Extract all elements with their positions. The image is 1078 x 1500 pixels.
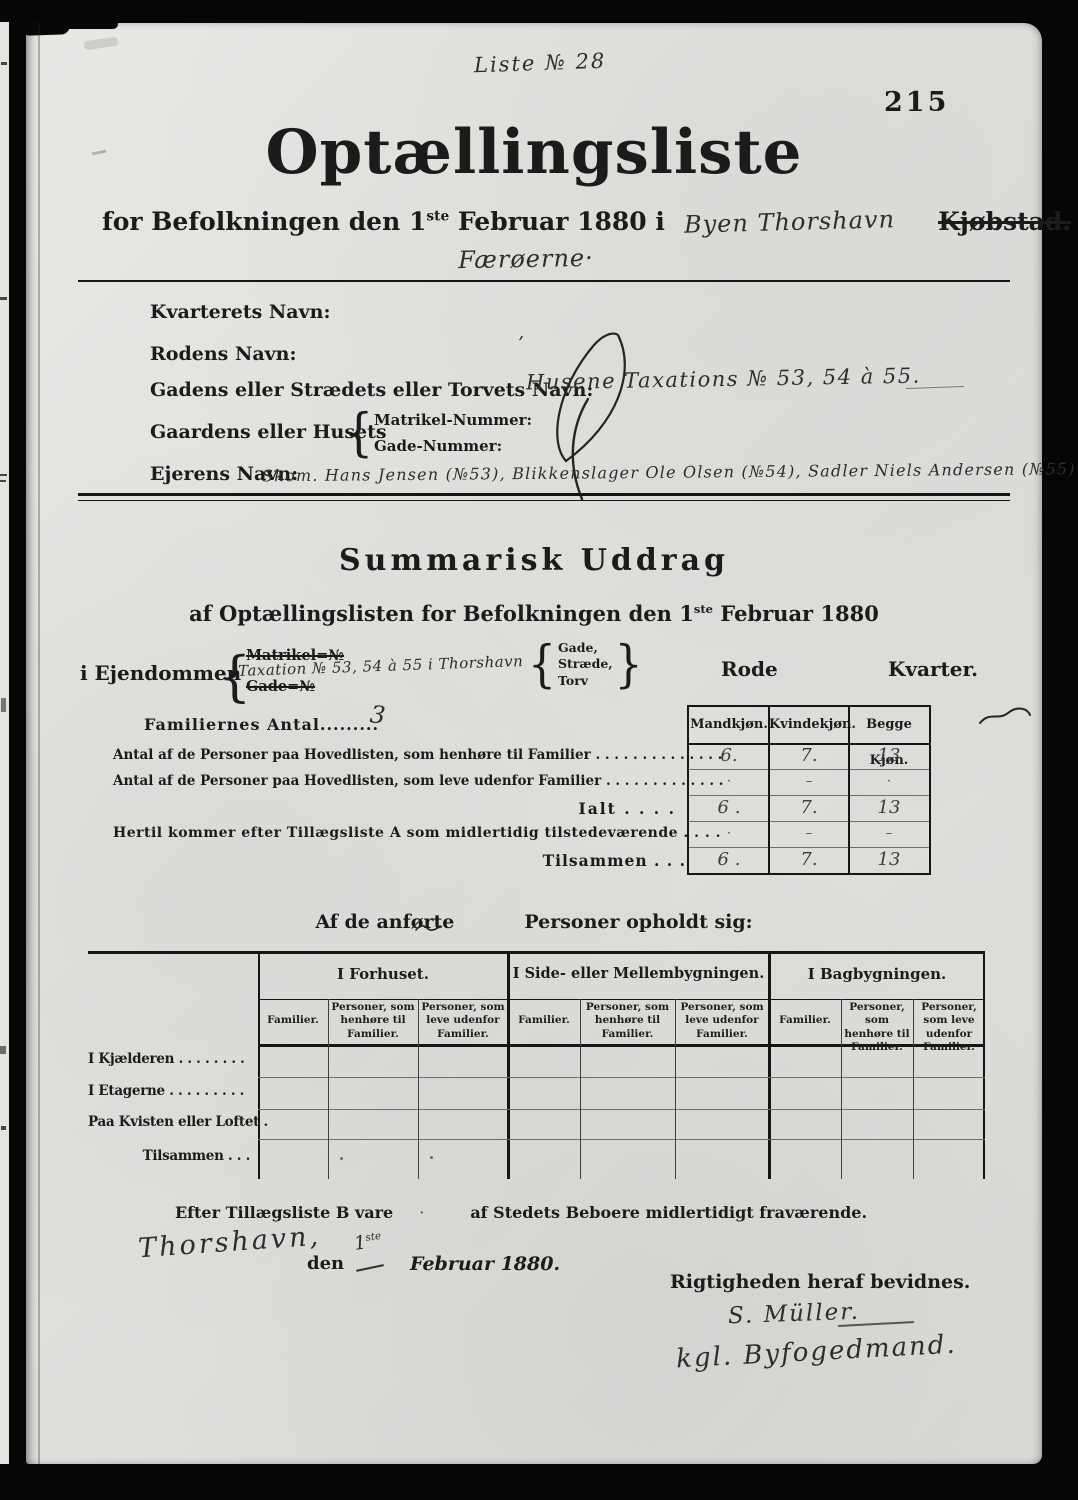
summary-col-kvindekjon: Kvindekjøn. <box>769 707 849 743</box>
col-henhore: Personer, som henhøre til Familier. <box>841 1001 913 1055</box>
subtitle-pre: for Befolkningen den 1 <box>102 207 426 236</box>
brace-line-gade: Gade, <box>558 640 613 656</box>
caption-post: Personer opholdt sig: <box>524 911 752 933</box>
summary-title: Summarisk Uddrag <box>26 543 1042 578</box>
edge-mark <box>1 698 6 712</box>
field-label-rodens: Rodens Navn: <box>150 343 297 365</box>
handwritten-families-count: 3 <box>369 700 387 729</box>
field-label-kvarterets: Kvarterets Navn: <box>150 301 330 323</box>
row-tilsammen: Tilsammen . . . <box>88 1148 250 1164</box>
den-label: den <box>307 1253 344 1274</box>
ink-flourish <box>564 395 594 505</box>
summary-value: · <box>689 769 769 795</box>
page-number: 215 <box>884 87 949 118</box>
handwritten-owners: Skom. Hans Jensen (№53), Blikkenslager O… <box>262 460 1022 486</box>
edge-mark <box>0 1046 6 1054</box>
gade-straede-torv-brace: { Gade, Stræde, Torv } <box>528 639 643 690</box>
table-line <box>88 951 985 954</box>
signature-2: kgl. Byfogedmand. <box>675 1330 957 1375</box>
table-line <box>768 951 771 1179</box>
summary-value: 13 <box>849 743 929 769</box>
ink-squiggle <box>414 921 444 933</box>
ink-smudge <box>84 37 119 51</box>
ink-dot <box>430 1156 433 1159</box>
label-tillaegsliste-a: Hertil kommer efter Tillægsliste A som m… <box>113 825 721 841</box>
table-line <box>258 1109 985 1110</box>
location-caption: Af de anførte Personer opholdt sig: <box>26 911 1042 933</box>
scan-shadow-blob <box>56 19 118 29</box>
summary-value: 7. <box>769 795 849 821</box>
brace-left: { <box>344 402 373 462</box>
table-line <box>983 951 985 1179</box>
summary-value: · <box>849 769 929 795</box>
row-kvisten: Paa Kvisten eller Loftet . <box>88 1114 256 1130</box>
date-rest: Februar 1880. <box>410 1253 560 1275</box>
label-ialt: Ialt . . . . <box>496 799 676 818</box>
handwritten-date: 1ste <box>353 1229 384 1255</box>
rode-label: Rode <box>721 657 778 681</box>
struck-kjobstad: Kjøbstad. <box>938 207 1071 236</box>
col-udenfor: Personer, som leve udenfor Familier. <box>418 1001 508 1041</box>
summary-value: 7. <box>769 743 849 769</box>
group-bagbygning: I Bagbygningen. <box>769 965 985 983</box>
brace-right: } <box>615 635 643 694</box>
brace-line-torv: Torv <box>558 673 613 689</box>
previous-page-edge <box>0 22 9 1464</box>
col-familier: Familier. <box>769 1014 841 1027</box>
summary-col-beggekjon: Begge Kjøn. <box>849 707 929 743</box>
summary-value: – <box>769 821 849 847</box>
families-count-label: Familiernes Antal......... <box>144 715 379 734</box>
handwritten-city: Byen Thorshavn <box>684 205 896 239</box>
location-table: I Forhuset. I Side- eller Mellembygninge… <box>88 951 985 1179</box>
group-mellembygning: I Side- eller Mellembygningen. <box>508 965 769 982</box>
summary-table: Mandkjøn. Kvindekjøn. Begge Kjøn. 6. 7. … <box>687 705 931 875</box>
rule <box>78 500 1010 501</box>
table-line <box>258 1077 985 1078</box>
col-familier: Familier. <box>258 1014 328 1027</box>
edge-mark <box>0 474 7 476</box>
tillaeg-b-post: af Stedets Beboere midlertidigt fraværen… <box>470 1203 867 1222</box>
handwritten-island: Færøerne· <box>406 243 646 275</box>
ink-dash <box>356 1264 384 1272</box>
tillaeg-b-pre: Efter Tillægsliste B vare <box>175 1203 393 1222</box>
row-etagerne: I Etagerne . . . . . . . . . <box>88 1083 256 1099</box>
summary-value: – <box>849 821 929 847</box>
subtitle-text: for Befolkningen den 1ste Februar 1880 i <box>102 207 665 236</box>
subtitle-row: for Befolkningen den 1ste Februar 1880 i… <box>102 207 1071 236</box>
summary-value: 13 <box>849 795 929 821</box>
edge-mark <box>1 62 7 65</box>
summary-subtitle-superscript: ste <box>694 602 713 616</box>
subtitle-superscript: ste <box>426 209 449 225</box>
handwritten-place: Thorshavn, <box>137 1221 322 1265</box>
handwritten-absent-count: · <box>419 1203 424 1222</box>
tillaegsliste-b-line: Efter Tillægsliste B vare · af Stedets B… <box>26 1203 1016 1222</box>
label-persons-outside-families: Antal af de Personer paa Hovedlisten, so… <box>113 773 723 789</box>
scanned-census-form: Liste № 28 215 Optællingsliste for Befol… <box>0 0 1078 1500</box>
rule <box>78 280 1010 282</box>
row-kjaelderen: I Kjælderen . . . . . . . . <box>88 1051 256 1067</box>
summary-col-mandkjon: Mandkjøn. <box>689 707 769 743</box>
table-line <box>258 951 260 1179</box>
col-henhore: Personer, som henhøre til Familier. <box>580 1001 675 1041</box>
summary-value: 6 . <box>689 795 769 821</box>
summary-subtitle-pre: af Optællingslisten for Befolkningen den… <box>189 601 694 626</box>
label-persons-in-families: Antal af de Personer paa Hovedlisten, so… <box>113 747 722 763</box>
col-udenfor: Personer, som leve udenfor Familier. <box>913 1001 985 1055</box>
page-crease <box>38 23 40 1464</box>
kvarter-label: Kvarter. <box>888 657 978 681</box>
summary-value: · <box>689 821 769 847</box>
label-tilsammen: Tilsammen . . . <box>486 851 686 870</box>
table-line <box>258 1139 985 1140</box>
attestation-label: Rigtigheden heraf bevidnes. <box>670 1271 970 1293</box>
rule <box>78 493 1010 496</box>
document-page: Liste № 28 215 Optællingsliste for Befol… <box>26 23 1042 1464</box>
summary-value: – <box>769 769 849 795</box>
summary-value: 13 <box>849 847 929 873</box>
col-henhore: Personer, som henhøre til Familier. <box>328 1001 418 1041</box>
brace-line-straede: Stræde, <box>558 656 613 672</box>
date-superscript: ste <box>365 1230 382 1244</box>
handwritten-top-note: Liste № 28 <box>474 49 607 78</box>
summary-subtitle: af Optællingslisten for Befolkningen den… <box>26 601 1042 626</box>
table-line <box>258 999 985 1000</box>
document-title: Optællingsliste <box>26 117 1042 188</box>
struck-gade-no: Gade=№ <box>246 678 315 695</box>
col-udenfor: Personer, som leve udenfor Familier. <box>675 1001 769 1041</box>
brace-left: { <box>528 635 556 694</box>
summary-subtitle-post: Februar 1880 <box>713 601 879 626</box>
edge-mark <box>1 1126 6 1130</box>
summary-value: 6. <box>689 743 769 769</box>
summary-value: 6 . <box>689 847 769 873</box>
summary-value: 7. <box>769 847 849 873</box>
ink-squiggle <box>978 703 1034 729</box>
subtitle-post: Februar 1880 i <box>449 207 665 236</box>
edge-mark <box>0 480 6 482</box>
field-label-matrikel: Matrikel-Nummer: <box>374 411 532 429</box>
group-forhuset: I Forhuset. <box>258 965 508 983</box>
edge-mark <box>0 297 7 300</box>
field-label-gade: Gade-Nummer: <box>374 437 502 455</box>
table-line <box>507 951 510 1179</box>
ink-dot <box>340 1157 343 1160</box>
col-familier: Familier. <box>508 1014 580 1027</box>
